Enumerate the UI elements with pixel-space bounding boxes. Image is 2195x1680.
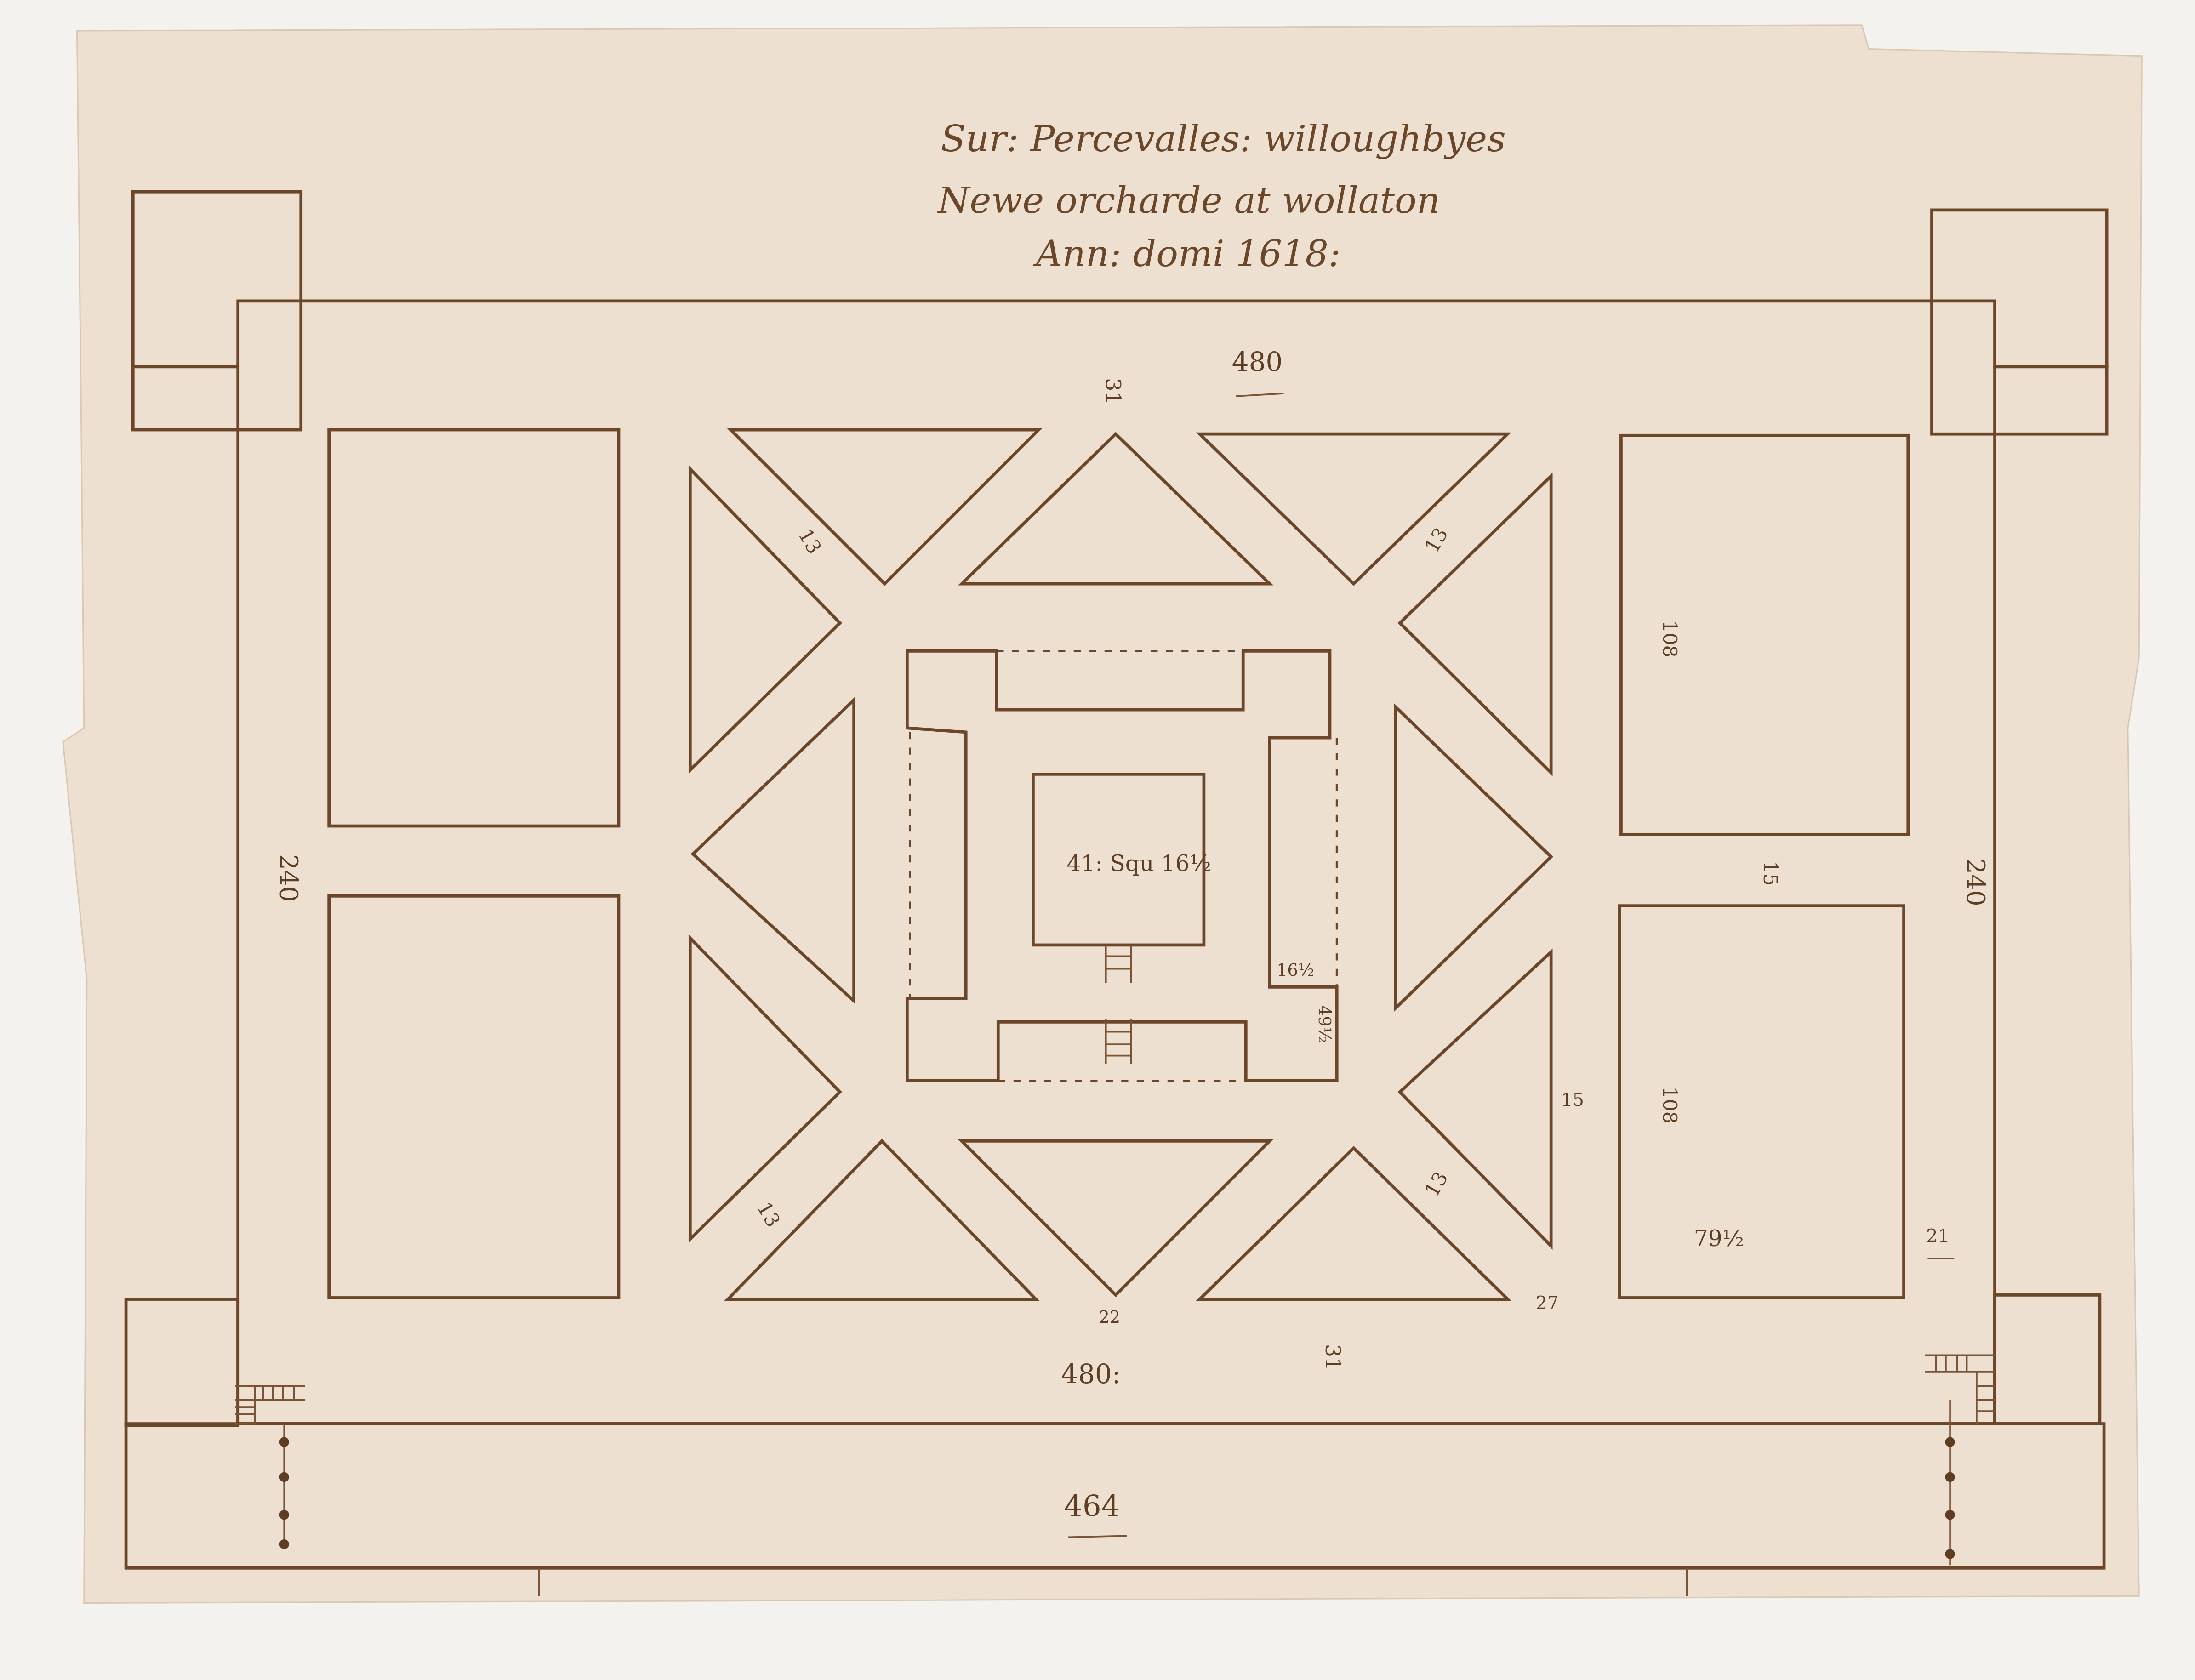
title-line-3: Ann: domi 1618: bbox=[1033, 233, 1341, 275]
orchard-plan-drawing: Sur: Percevalles: willoughbyes Newe orch… bbox=[0, 0, 2195, 1680]
label-top-length: 480 bbox=[1232, 346, 1283, 377]
label-border-width: 21 bbox=[1926, 1225, 1949, 1247]
label-bottom-length: 480: bbox=[1061, 1358, 1121, 1390]
label-side-walk-right: 15 bbox=[1561, 1089, 1584, 1111]
label-mount-side: 49½ bbox=[1315, 1005, 1334, 1043]
label-terrace-length: 464 bbox=[1064, 1490, 1120, 1524]
label-left-height: 240 bbox=[274, 854, 303, 902]
label-mount-walk: 16½ bbox=[1277, 960, 1314, 980]
title-line-2: Newe orcharde at wollaton bbox=[937, 179, 1440, 222]
label-cross-walk-right: 15 bbox=[1759, 861, 1782, 886]
label-bed-height-upper: 108 bbox=[1658, 620, 1681, 657]
orchard-plan-sheet: Sur: Percevalles: willoughbyes Newe orch… bbox=[0, 0, 2195, 1680]
label-bed-height-lower: 108 bbox=[1658, 1087, 1681, 1124]
label-top-walk: 31 bbox=[1101, 378, 1125, 404]
label-center-square: 41: Squ 16½ bbox=[1067, 851, 1212, 877]
title-line-1: Sur: Percevalles: willoughbyes bbox=[941, 118, 1505, 160]
label-right-height: 240 bbox=[1961, 858, 1990, 906]
label-bottom-walk: 31 bbox=[1321, 1344, 1345, 1371]
label-apex-bottom: 22 bbox=[1099, 1307, 1120, 1327]
label-bed-width: 79½ bbox=[1694, 1226, 1744, 1252]
label-corner-bottom: 27 bbox=[1536, 1293, 1559, 1314]
